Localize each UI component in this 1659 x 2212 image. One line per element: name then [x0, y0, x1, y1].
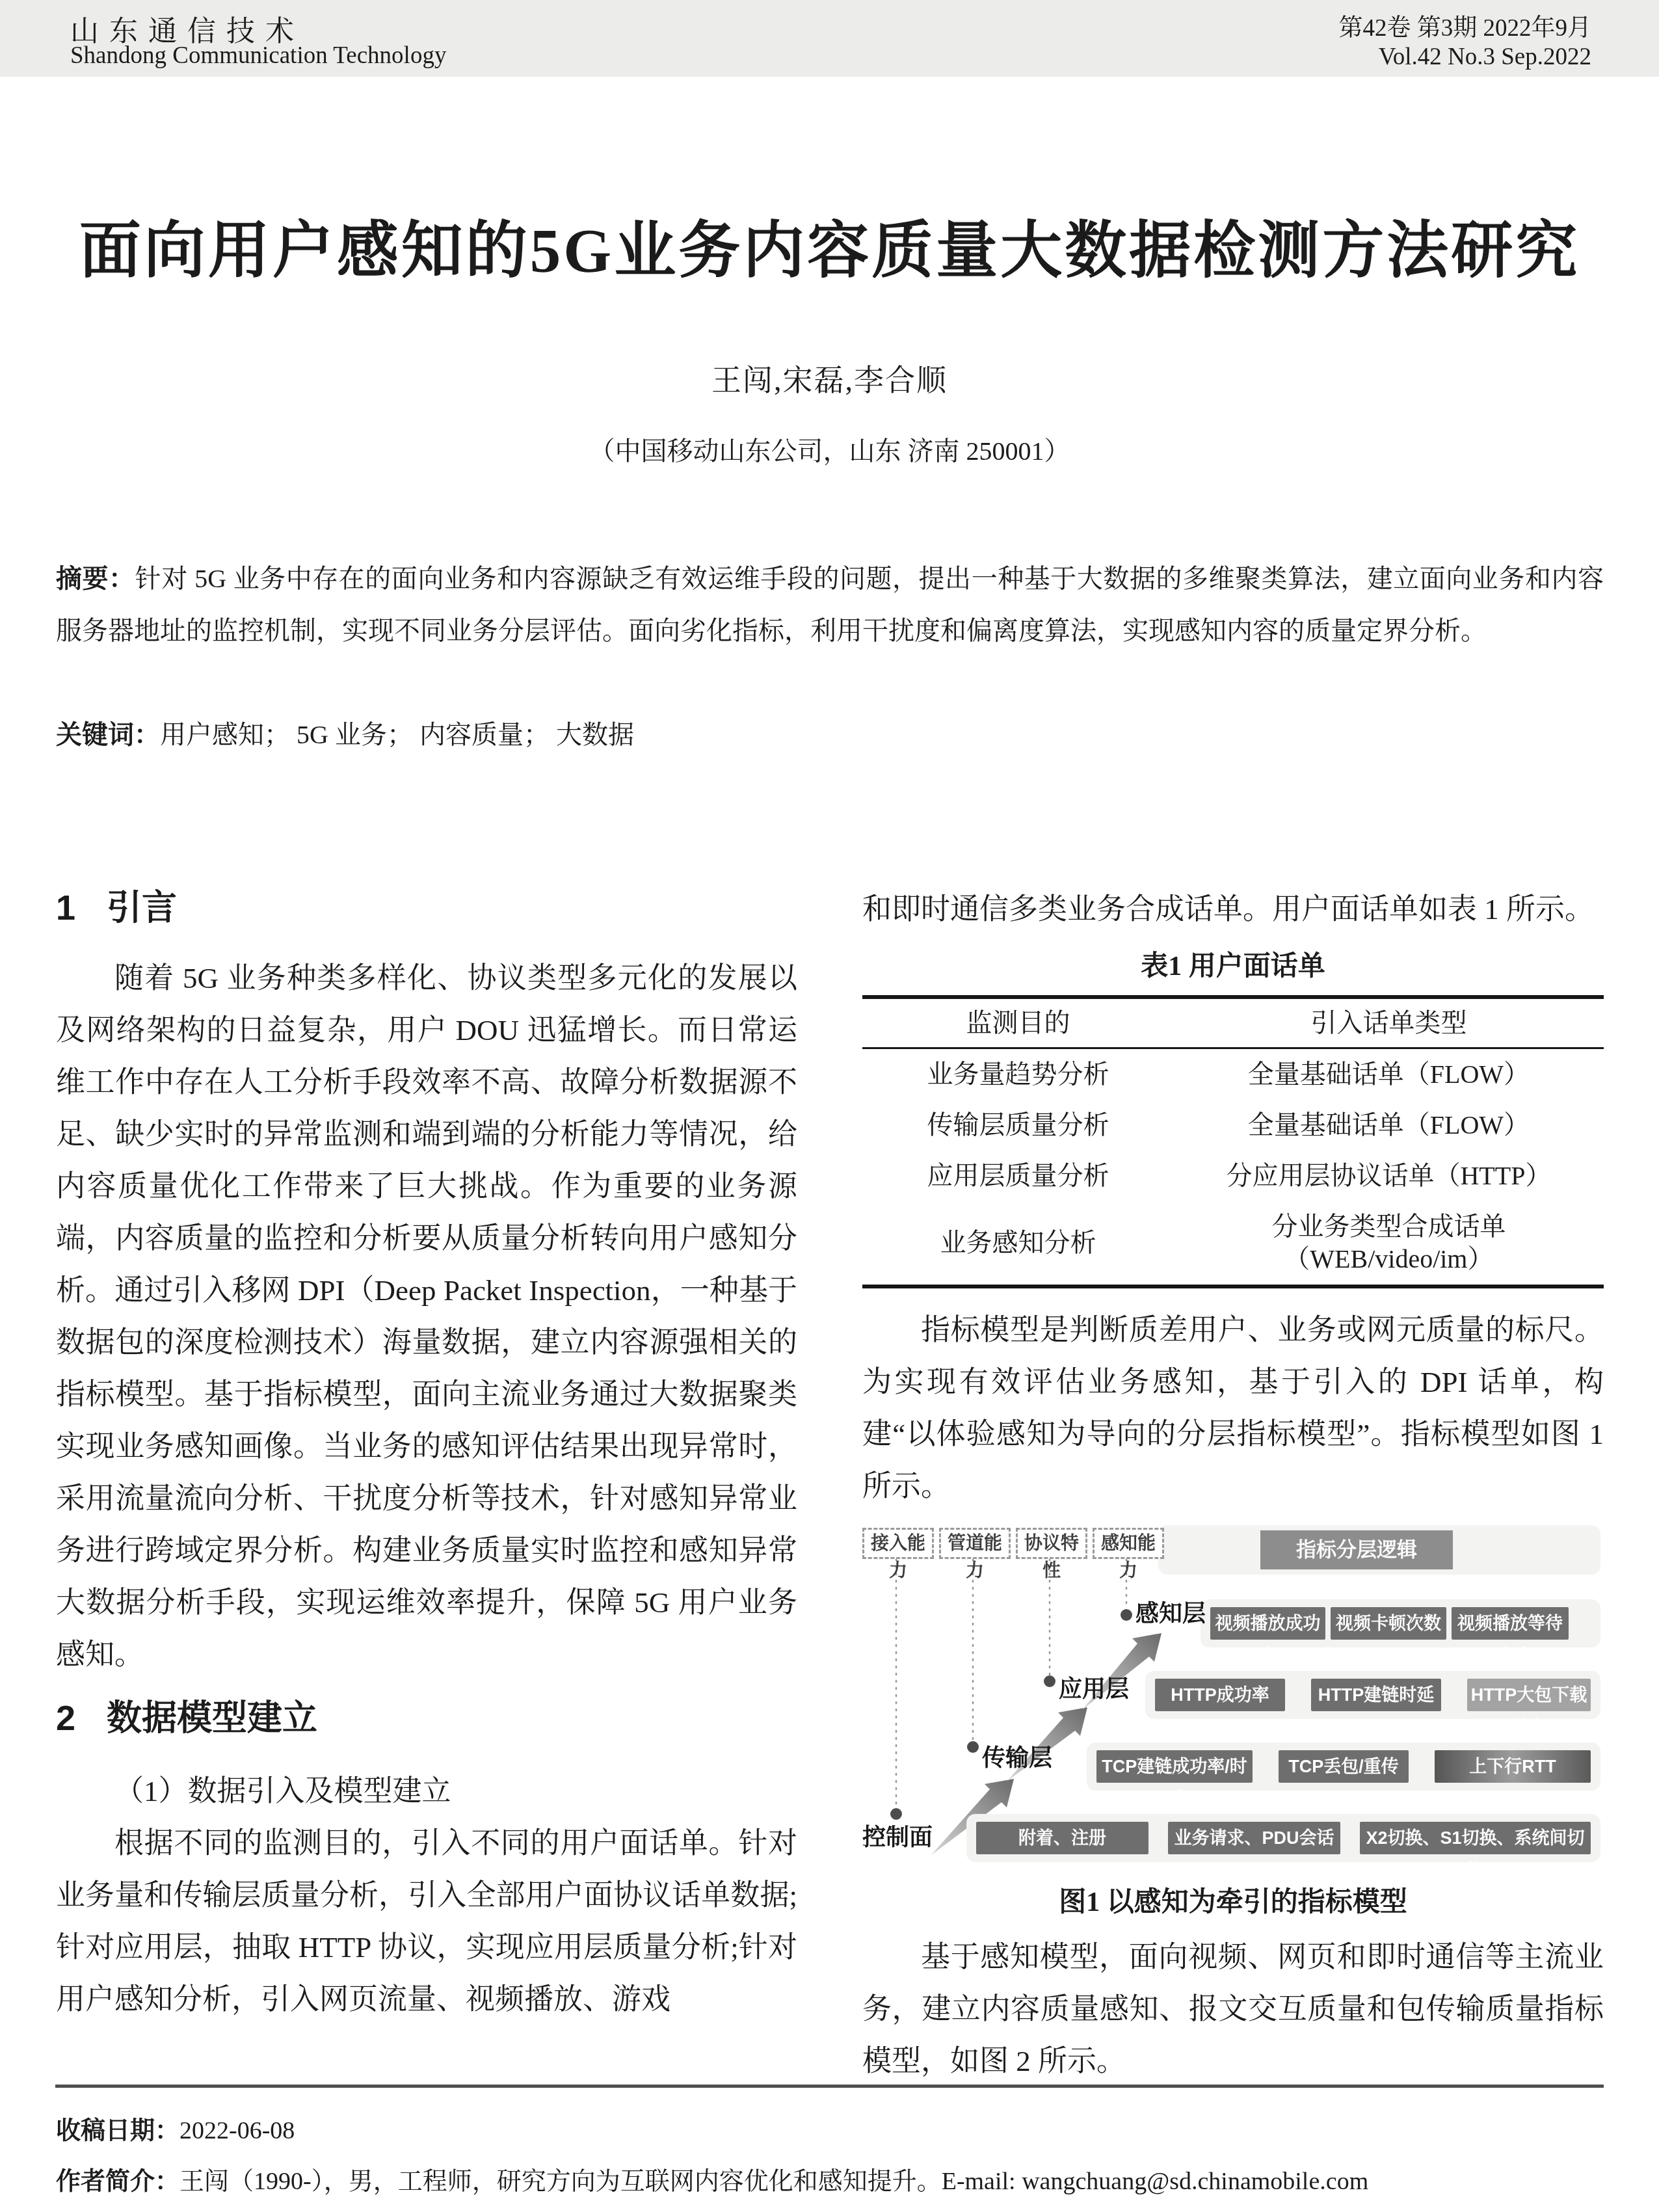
- capability-box-access: 接入能力: [862, 1528, 934, 1559]
- author-bio-text: 王闯（1990-），男，工程师，研究方向为互联网内容优化和感知提升。E-mail…: [179, 2168, 1368, 2195]
- control-plane-label: 控制面: [862, 1823, 933, 1852]
- table-cell-cdr: 全量基础话单（FLOW）: [1174, 1100, 1604, 1151]
- table-cell-purpose: 传输层质量分析: [862, 1100, 1174, 1151]
- author-bio-label: 作者简介：: [56, 2168, 179, 2195]
- metric-box: X2切换、S1切换、系统间切换: [1360, 1822, 1591, 1854]
- abstract-label: 摘要：: [56, 565, 135, 593]
- capability-box-protocol: 协议特性: [1016, 1528, 1087, 1559]
- figure-1-indicator-model: 接入能力 管道能力 协议特性 感知能力 指标分层逻辑 感知层 视频播放成功率 视…: [862, 1523, 1604, 1867]
- legend-title-box: 指标分层逻辑: [1260, 1530, 1453, 1569]
- metric-box: 视频卡顿次数: [1331, 1607, 1446, 1640]
- connector-dot: [890, 1808, 902, 1820]
- metric-box: 上下行RTT: [1435, 1750, 1591, 1783]
- table-row: 传输层质量分析 全量基础话单（FLOW）: [862, 1100, 1604, 1151]
- metric-box: 视频播放成功率: [1210, 1607, 1325, 1640]
- section-2-subheading: （1）数据引入及模型建立: [56, 1765, 797, 1817]
- right-column: 和即时通信多类业务合成话单。用户面话单如表 1 所示。 表1 用户面话单 监测目…: [862, 883, 1604, 2087]
- table-cell-purpose: 业务量趋势分析: [862, 1048, 1174, 1100]
- journal-name-en: Shandong Communication Technology: [70, 42, 446, 70]
- section-2-number: 2: [56, 1699, 75, 1738]
- closing-paragraph: 基于感知模型，面向视频、网页和即时通信等主流业务，建立内容质量感知、报文交互质量…: [862, 1931, 1604, 2087]
- left-column: 1引言 随着 5G 业务种类多样化、协议类型多元化的发展以及网络架构的日益复杂，…: [56, 883, 797, 2025]
- right-intro-line: 和即时通信多类业务合成话单。用户面话单如表 1 所示。: [862, 883, 1604, 935]
- table-header-row: 监测目的 引入话单类型: [862, 997, 1604, 1048]
- capability-box-pipe: 管道能力: [939, 1528, 1011, 1559]
- received-date-value: 2022-06-08: [179, 2117, 295, 2144]
- table-1: 监测目的 引入话单类型 业务量趋势分析 全量基础话单（FLOW） 传输层质量分析…: [862, 995, 1604, 1288]
- metric-box: TCP建链成功率/时延: [1096, 1750, 1253, 1783]
- paper-page: 山东通信技术 Shandong Communication Technology…: [0, 0, 1659, 2212]
- metric-box: 视频播放等待时延: [1452, 1607, 1569, 1640]
- table-row: 业务感知分析 分业务类型合成话单（WEB/video/im）: [862, 1201, 1604, 1286]
- received-date-line: 收稿日期：2022-06-08: [56, 2112, 1604, 2149]
- metric-box: 业务请求、PDU会话: [1168, 1822, 1340, 1854]
- table-cell-cdr: 全量基础话单（FLOW）: [1174, 1048, 1604, 1100]
- section-1-number: 1: [56, 888, 75, 927]
- section-2-title: 数据模型建立: [107, 1699, 317, 1738]
- connector-dot: [967, 1741, 979, 1753]
- author-bio-line: 作者简介：王闯（1990-），男，工程师，研究方向为互联网内容优化和感知提升。E…: [56, 2163, 1604, 2200]
- abstract: 摘要：针对 5G 业务中存在的面向业务和内容源缺乏有效运维手段的问题，提出一种基…: [56, 553, 1604, 657]
- abstract-text: 针对 5G 业务中存在的面向业务和内容源缺乏有效运维手段的问题，提出一种基于大数…: [56, 564, 1604, 645]
- connector-dot: [1121, 1609, 1132, 1621]
- table-row: 应用层质量分析 分应用层协议话单（HTTP）: [862, 1151, 1604, 1201]
- transport-layer-label: 传输层: [982, 1744, 1052, 1772]
- keywords-label: 关键词：: [56, 721, 160, 749]
- metric-box: HTTP大包下载速率: [1467, 1679, 1591, 1711]
- issue-info-zh: 第42卷 第3期 2022年9月: [1339, 8, 1592, 43]
- metric-box: HTTP建链时延: [1311, 1679, 1441, 1711]
- issue-info-en: Vol.42 No.3 Sep.2022: [1379, 43, 1591, 71]
- keywords-text: 用户感知； 5G 业务； 内容质量； 大数据: [160, 720, 634, 749]
- article-affiliation: （中国移动山东公司，山东 济南 250001）: [0, 431, 1659, 468]
- connector-dot: [1044, 1675, 1055, 1687]
- section-1-title: 引言: [107, 888, 177, 927]
- metric-box: TCP丢包/重传: [1279, 1750, 1409, 1783]
- table-col-cdr-type: 引入话单类型: [1174, 997, 1604, 1048]
- table-cell-purpose: 业务感知分析: [862, 1201, 1174, 1286]
- received-date-label: 收稿日期：: [56, 2117, 179, 2144]
- table-cell-cdr: 分应用层协议话单（HTTP）: [1174, 1151, 1604, 1201]
- application-layer-label: 应用层: [1059, 1675, 1129, 1703]
- section-1-paragraph: 随着 5G 业务种类多样化、协议类型多元化的发展以及网络架构的日益复杂，用户 D…: [56, 952, 797, 1681]
- article-authors: 王闯,宋磊,李合顺: [0, 356, 1659, 399]
- section-1-heading: 1引言: [56, 883, 797, 933]
- indicator-model-paragraph: 指标模型是判断质差用户、业务或网元质量的标尺。为实现有效评估业务感知，基于引入的…: [862, 1304, 1604, 1512]
- table-col-purpose: 监测目的: [862, 997, 1174, 1048]
- capability-box-perception: 感知能力: [1093, 1528, 1164, 1559]
- article-title: 面向用户感知的5G业务内容质量大数据检测方法研究: [0, 202, 1659, 290]
- table-row: 业务量趋势分析 全量基础话单（FLOW）: [862, 1048, 1604, 1100]
- table-1-caption: 表1 用户面话单: [862, 947, 1604, 986]
- metric-box: HTTP成功率: [1155, 1679, 1285, 1711]
- figure-1-caption: 图1 以感知为牵引的指标模型: [862, 1883, 1604, 1922]
- perception-layer-label: 感知层: [1135, 1599, 1206, 1628]
- section-2-paragraph: 根据不同的监测目的，引入不同的用户面话单。针对业务量和传输层质量分析，引入全部用…: [56, 1817, 797, 2025]
- footnote-divider: [55, 2085, 1604, 2088]
- table-cell-cdr: 分业务类型合成话单（WEB/video/im）: [1174, 1201, 1604, 1286]
- keywords: 关键词：用户感知； 5G 业务； 内容质量； 大数据: [56, 709, 1604, 761]
- table-cell-purpose: 应用层质量分析: [862, 1151, 1174, 1201]
- metric-box: 附着、注册: [976, 1822, 1148, 1854]
- section-2-heading: 2数据模型建立: [56, 1694, 797, 1743]
